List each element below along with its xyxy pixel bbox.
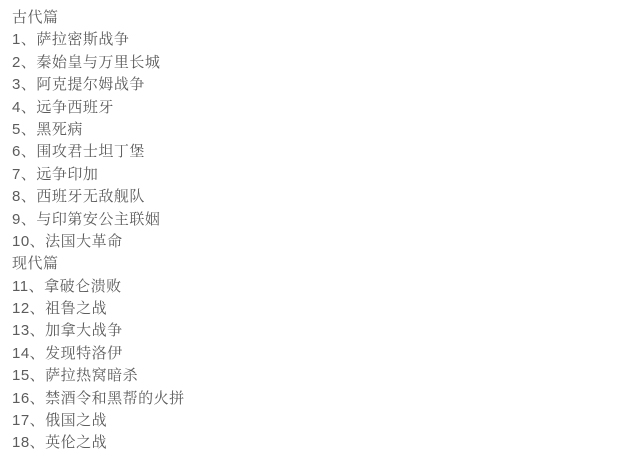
list-item: 15、萨拉热窝暗杀 [12, 365, 628, 387]
list-item: 13、加拿大战争 [12, 320, 628, 342]
list-item: 16、禁酒令和黑帮的火拼 [12, 388, 628, 410]
article-body: 古代篇 1、萨拉密斯战争 2、秦始皇与万里长城 3、阿克提尔姆战争 4、远争西班… [0, 0, 640, 455]
list-item: 10、法国大革命 [12, 231, 628, 253]
list-item: 4、远争西班牙 [12, 97, 628, 119]
list-item: 17、俄国之战 [12, 410, 628, 432]
list-item: 6、围攻君士坦丁堡 [12, 141, 628, 163]
list-item: 11、拿破仑溃败 [12, 276, 628, 298]
list-item: 1、萨拉密斯战争 [12, 29, 628, 51]
list-item: 8、西班牙无敌舰队 [12, 186, 628, 208]
list-item: 5、黑死病 [12, 119, 628, 141]
list-item: 2、秦始皇与万里长城 [12, 52, 628, 74]
section-title-modern: 现代篇 [12, 253, 628, 275]
list-item: 14、发现特洛伊 [12, 343, 628, 365]
list-item: 3、阿克提尔姆战争 [12, 74, 628, 96]
list-item: 7、远争印加 [12, 164, 628, 186]
list-item: 18、英伦之战 [12, 432, 628, 454]
section-title-ancient: 古代篇 [12, 7, 628, 29]
list-item: 9、与印第安公主联姻 [12, 209, 628, 231]
list-item: 12、祖鲁之战 [12, 298, 628, 320]
